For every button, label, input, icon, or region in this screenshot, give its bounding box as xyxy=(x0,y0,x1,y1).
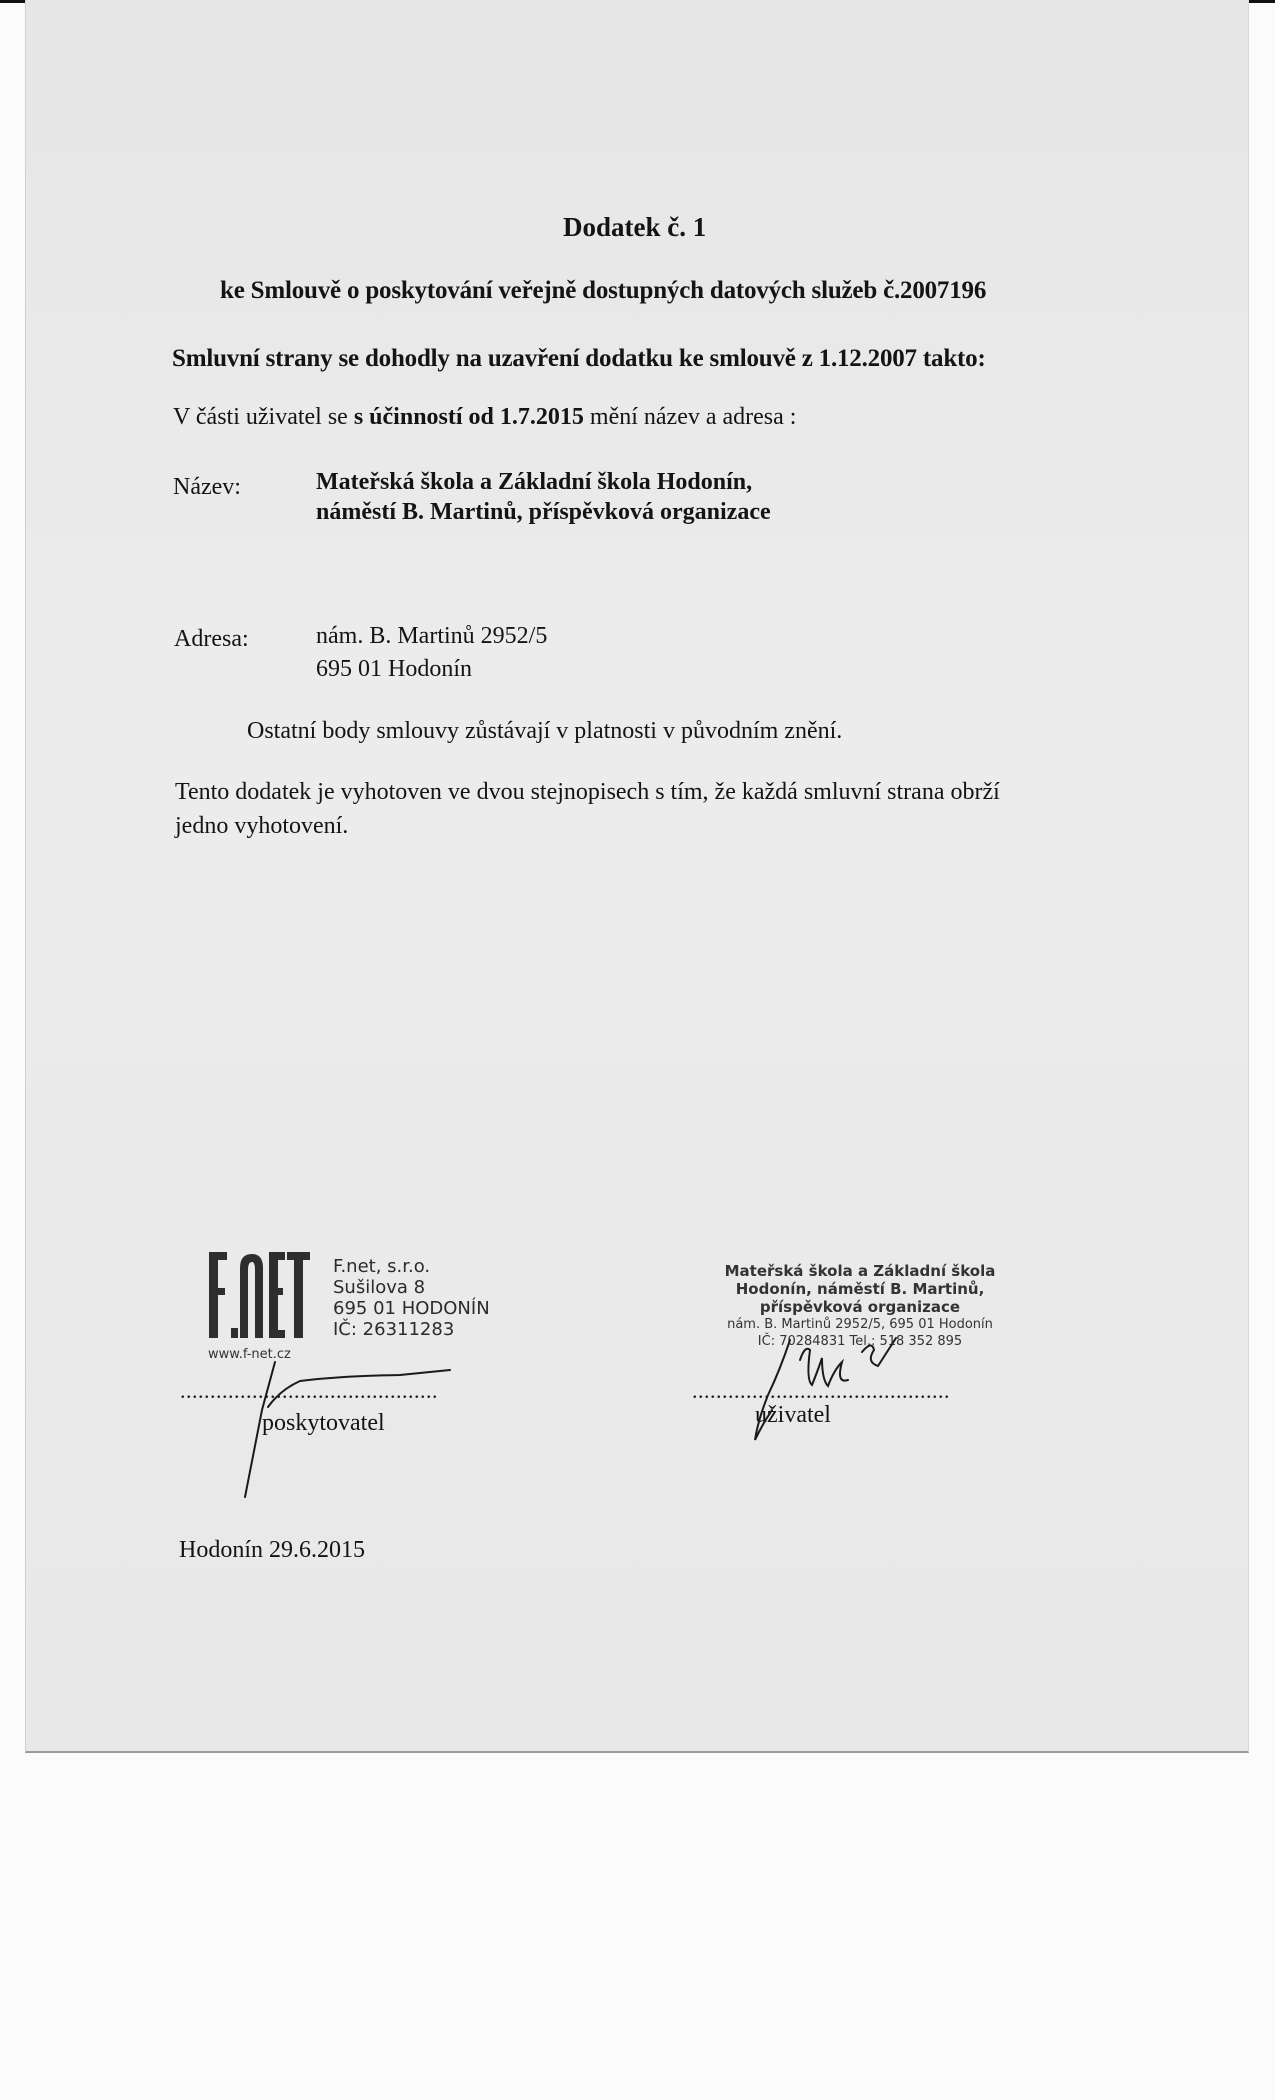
provider-stamp-text: F.net, s.r.o. Sušilova 8 695 01 HODONÍN … xyxy=(333,1256,490,1340)
user-role-label: uživatel xyxy=(755,1402,831,1429)
adresa-value-line1: nám. B. Martinů 2952/5 xyxy=(316,623,547,650)
user-stamp-line: IČ: 70284831 Tel.: 518 352 895 xyxy=(700,1333,1020,1350)
copies-paragraph-line1: Tento dodatek je vyhotoven ve dvou stejn… xyxy=(175,779,1000,806)
nazev-label: Název: xyxy=(173,474,241,501)
copies-paragraph-line2: jedno vyhotovení. xyxy=(175,813,348,840)
user-stamp: Mateřská škola a Základní škola Hodonín,… xyxy=(700,1262,1020,1350)
document-title: Dodatek č. 1 xyxy=(563,212,706,243)
user-stamp-line: Hodonín, náměstí B. Martinů, xyxy=(700,1280,1020,1298)
user-stamp-line: nám. B. Martinů 2952/5, 695 01 Hodonín xyxy=(700,1316,1020,1333)
provider-role-label: poskytovatel xyxy=(262,1410,385,1437)
provider-stamp-line: IČ: 26311283 xyxy=(333,1319,454,1340)
user-stamp-line: Mateřská škola a Základní škola xyxy=(700,1262,1020,1280)
place-and-date: Hodonín 29.6.2015 xyxy=(179,1537,365,1564)
other-points-paragraph: Ostatní body smlouvy zůstávají v platnos… xyxy=(247,718,842,745)
provider-stamp-line: 695 01 HODONÍN xyxy=(333,1298,490,1319)
change-line-effective-date: s účinností od 1.7.2015 xyxy=(354,404,584,430)
provider-stamp-line: F.net, s.r.o. xyxy=(333,1256,430,1277)
user-signature-line: ........................................… xyxy=(692,1378,950,1404)
provider-url: www.f-net.cz xyxy=(208,1347,291,1362)
change-line-prefix: V části uživatel se xyxy=(173,404,354,430)
document-sheet xyxy=(25,0,1249,1753)
change-line-suffix: mění název a adresa : xyxy=(584,404,797,430)
user-stamp-line: příspěvková organizace xyxy=(700,1298,1020,1316)
nazev-value-line2: náměstí B. Martinů, příspěvková organiza… xyxy=(316,499,771,526)
provider-signature-line: ........................................… xyxy=(180,1378,438,1404)
fnet-logo-icon xyxy=(207,1248,311,1340)
adresa-label: Adresa: xyxy=(174,626,249,653)
provider-stamp-line: Sušilova 8 xyxy=(333,1277,425,1298)
nazev-value-line1: Mateřská škola a Základní škola Hodonín, xyxy=(316,469,752,496)
adresa-value-line2: 695 01 Hodonín xyxy=(316,656,472,683)
scan-edge-right xyxy=(1249,0,1275,3)
agreement-line: Smluvní strany se dohodly na uzavření do… xyxy=(172,345,986,373)
scan-edge-left xyxy=(0,0,25,3)
contract-subtitle: ke Smlouvě o poskytování veřejně dostupn… xyxy=(220,277,986,305)
change-line: V části uživatel se s účinností od 1.7.2… xyxy=(173,404,796,431)
